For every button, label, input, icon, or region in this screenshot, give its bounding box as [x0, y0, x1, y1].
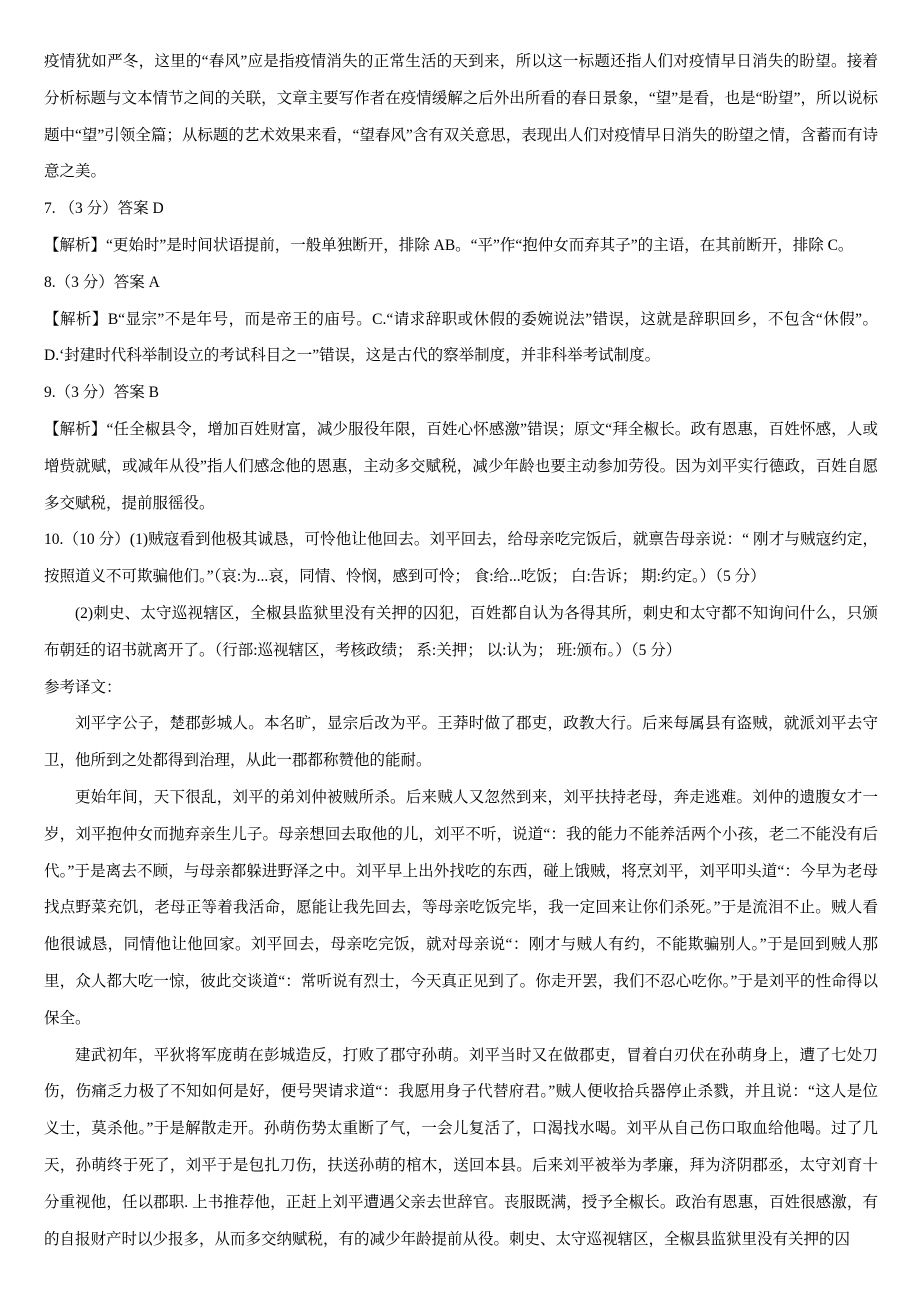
translation-para-1: 刘平字公子，楚郡彭城人。本名旷，显宗后改为平。王莽时做了郡吏，政教大行。后来每属… [44, 706, 878, 780]
analysis-8: 【解析】B“显宗”不是年号，而是帝王的庙号。C.“请求辞职或休假的委婉说法”错误… [44, 302, 878, 376]
analysis-continuation-6: 疫情犹如严冬，这里的“春风”应是指疫情消失的正常生活的天到来，所以这一标题还指人… [44, 44, 878, 191]
translation-para-2: 更始年间，天下很乱，刘平的弟刘仲被贼所杀。后来贼人又忽然到来，刘平扶持老母，奔走… [44, 780, 878, 1038]
translation-para-3: 建武初年，平狄将军庞萌在彭城造反，打败了郡守孙萌。刘平当时又在做郡吏，冒着白刃伏… [44, 1038, 878, 1259]
answer-line-8: 8.（3 分）答案 A [44, 265, 878, 302]
answer-line-7: 7. （3 分）答案 D [44, 191, 878, 228]
reference-translation-heading: 参考译文： [44, 670, 878, 707]
document-page: 疫情犹如严冬，这里的“春风”应是指疫情消失的正常生活的天到来，所以这一标题还指人… [0, 0, 920, 1302]
analysis-7: 【解析】“更始时”是时间状语提前，一般单独断开，排除 AB。“平”作“抱仲女而弃… [44, 228, 878, 265]
analysis-9: 【解析】“任全椒县令，增加百姓财富，减少服役年限，百姓心怀感激”错误；原文“拜全… [44, 412, 878, 522]
answer-line-9: 9.（3 分）答案 B [44, 375, 878, 412]
answer-10-part2: (2)刺史、太守巡视辖区，全椒县监狱里没有关押的囚犯，百姓都自认为各得其所，刺史… [44, 596, 878, 670]
answer-10-part1: 10.（10 分）(1)贼寇看到他极其诚恳，可怜他让他回去。刘平回去，给母亲吃完… [44, 522, 878, 596]
